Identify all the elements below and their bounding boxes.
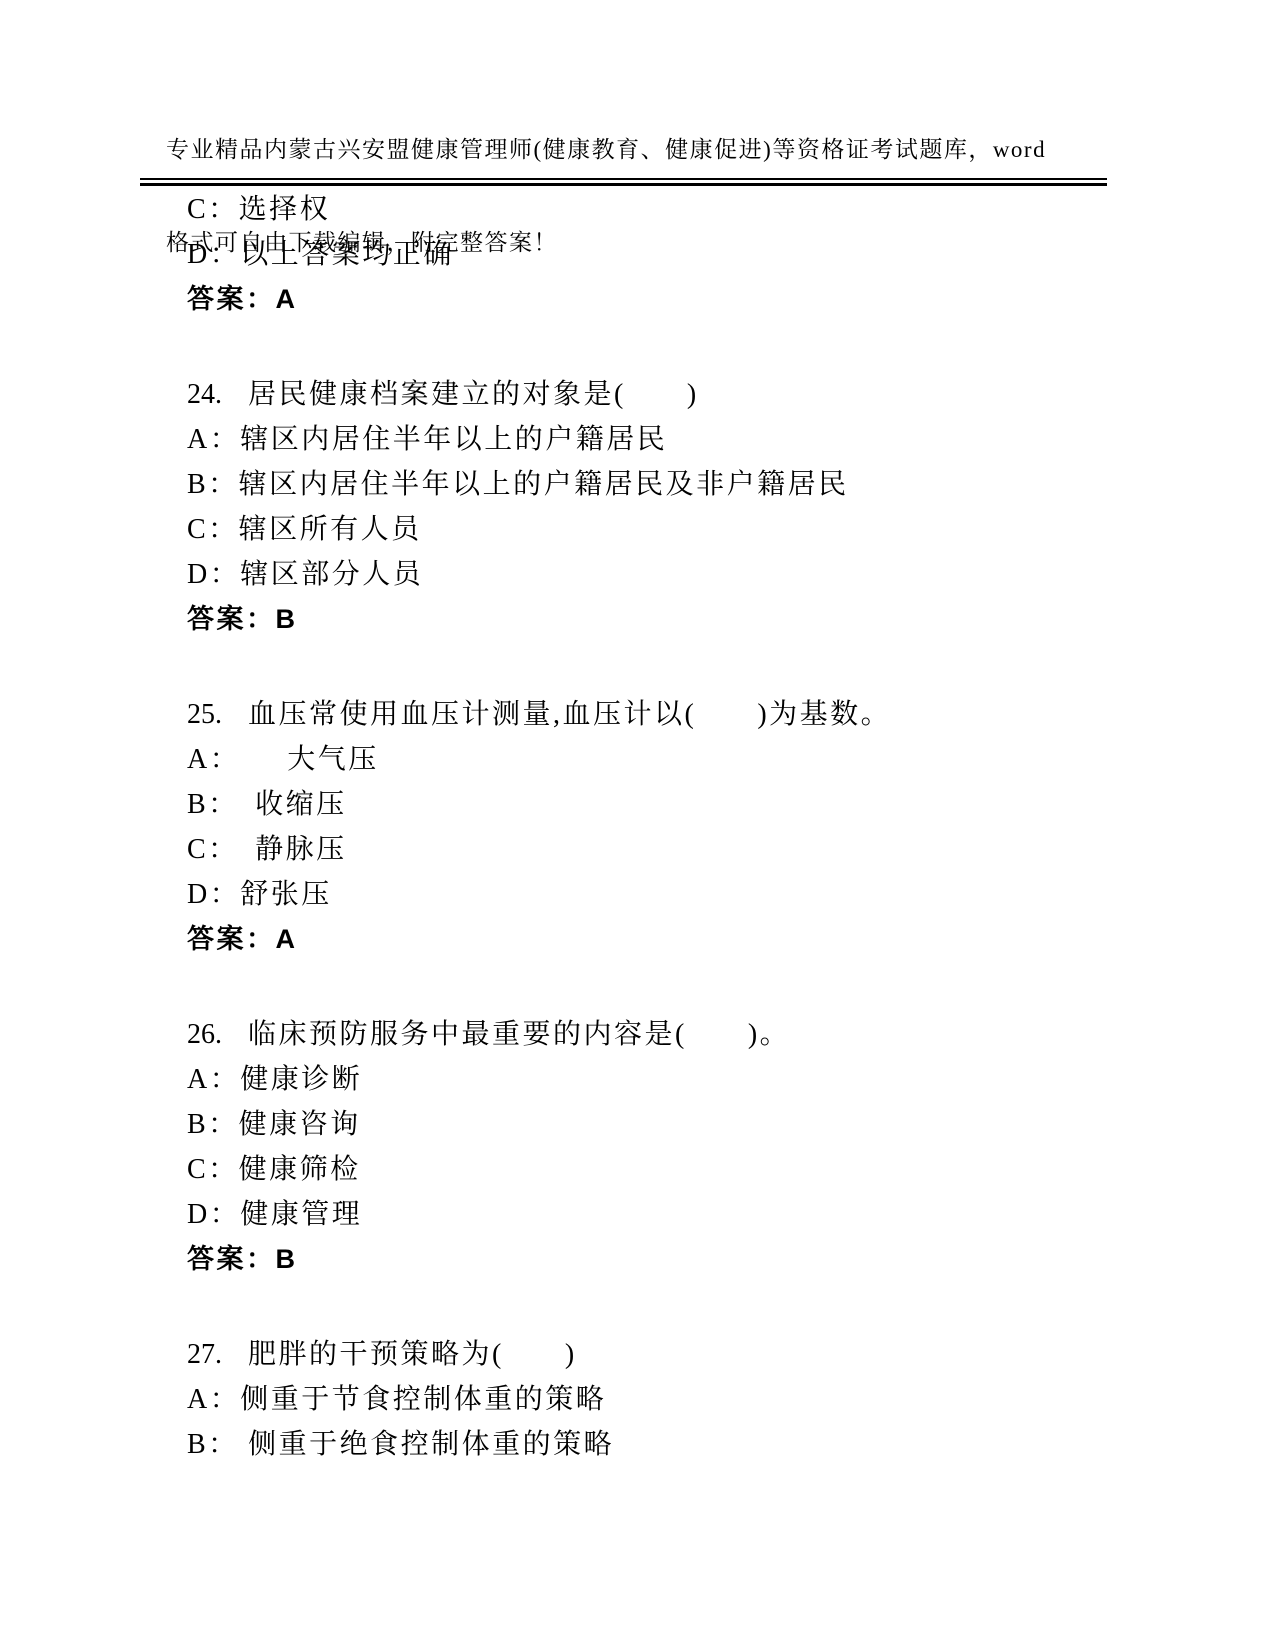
option-line: C：辖区所有人员 — [187, 507, 1127, 552]
answer-label: 答案： — [187, 1244, 276, 1274]
header-line-1: 专业精品内蒙古兴安盟健康管理师(健康教育、健康促进)等资格证考试题库，word — [166, 134, 1116, 165]
option-line: D：舒张压 — [187, 872, 1127, 917]
question-line: 24.居民健康档案建立的对象是( ) — [187, 372, 1127, 417]
header-divider-double-line — [140, 178, 1107, 186]
option-line: C：健康筛检 — [187, 1147, 1127, 1192]
question-number: 26. — [187, 1019, 222, 1050]
option-line: B： 收缩压 — [187, 782, 1127, 827]
question-line: 27.肥胖的干预策略为( ) — [187, 1332, 1127, 1377]
answer-label: 答案： — [187, 604, 276, 634]
option-line: D：辖区部分人员 — [187, 552, 1127, 597]
option-line: A：健康诊断 — [187, 1057, 1127, 1102]
question-number: 25. — [187, 699, 222, 730]
answer-value: A — [276, 284, 298, 314]
question-stem: 血压常使用血压计测量,血压计以( )为基数。 — [248, 699, 891, 730]
option-line: D：以上答案均正确 — [187, 232, 1127, 277]
question-stem: 肥胖的干预策略为( ) — [248, 1339, 577, 1370]
document-page: 专业精品内蒙古兴安盟健康管理师(健康教育、健康促进)等资格证考试题库，word … — [0, 0, 1275, 1650]
answer-line: 答案：A — [187, 277, 1127, 322]
question-number: 24. — [187, 379, 222, 410]
question-stem: 居民健康档案建立的对象是( ) — [248, 379, 699, 410]
option-line: B： 侧重于绝食控制体重的策略 — [187, 1422, 1127, 1467]
answer-label: 答案： — [187, 924, 276, 954]
option-line: B：辖区内居住半年以上的户籍居民及非户籍居民 — [187, 462, 1127, 507]
answer-value: B — [276, 604, 298, 634]
option-line: A：侧重于节食控制体重的策略 — [187, 1377, 1127, 1422]
question-line: 25.血压常使用血压计测量,血压计以( )为基数。 — [187, 692, 1127, 737]
question-line: 26.临床预防服务中最重要的内容是( )。 — [187, 1012, 1127, 1057]
answer-line: 答案：B — [187, 1237, 1127, 1282]
option-line: D：健康管理 — [187, 1192, 1127, 1237]
answer-label: 答案： — [187, 284, 276, 314]
question-number: 27. — [187, 1339, 222, 1370]
option-line: A： 大气压 — [187, 737, 1127, 782]
answer-line: 答案：B — [187, 597, 1127, 642]
answer-value: A — [276, 924, 298, 954]
answer-line: 答案：A — [187, 917, 1127, 962]
document-body: C：选择权 D：以上答案均正确 答案：A 24.居民健康档案建立的对象是( ) … — [187, 187, 1127, 1467]
option-line: C： 静脉压 — [187, 827, 1127, 872]
answer-value: B — [276, 1244, 298, 1274]
option-line: A：辖区内居住半年以上的户籍居民 — [187, 417, 1127, 462]
option-line: C：选择权 — [187, 187, 1127, 232]
option-line: B：健康咨询 — [187, 1102, 1127, 1147]
question-stem: 临床预防服务中最重要的内容是( )。 — [248, 1019, 790, 1050]
